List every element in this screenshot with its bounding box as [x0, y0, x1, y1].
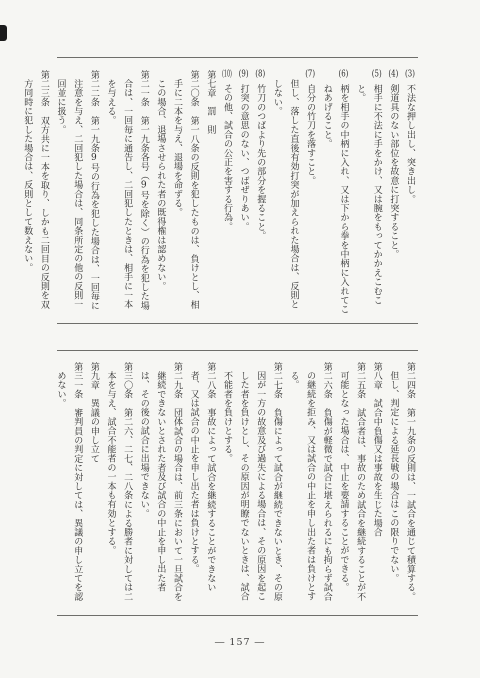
- rule-list-item: (9)打突の意思のない、つばぜりあい。: [235, 70, 252, 318]
- rule-list-item: (6)柄を相手の中柄に入れ、又は下から拳を中柄に入れてこねあげること。: [318, 70, 351, 318]
- paragraph-text: 第二一条 第一九条各号（9号を除く）の行為を犯した場合は、一回毎に通告し、二回犯…: [105, 70, 148, 310]
- chapter-heading: 第七章 罰 則: [202, 70, 219, 318]
- paragraph-text: 不法な押し出し、突き出し。: [405, 84, 415, 204]
- rule-list-item: (10)その他、試合の公正を害する行為。: [218, 70, 235, 318]
- rule-list-item: (5)相手に不法に手をかけ、又は腕をもってかかえこむこと。: [351, 70, 384, 318]
- paragraph-text: 第二八条 事故によって試合を継続することができない者、又は試合の中止を申し出た者…: [189, 362, 216, 592]
- note-paragraph: 但し、落した直後有効打突が加えられた場合は、反則としない。: [268, 70, 301, 318]
- paragraph-text: 但し、落した直後有効打突が加えられた場合は、反則としない。: [272, 79, 299, 309]
- paragraph-text: 第七章 罰 則: [205, 70, 215, 134]
- scan-artifact: [0, 25, 7, 41]
- article-paragraph: 第二三条 双方共に一本を取り、しかも二回目の反則を双方同時に犯した場合は、反則と…: [19, 70, 52, 318]
- article-paragraph: 第三〇条 第二六、二七、二八条による勝者に対しては二本を与え、試合不能者の一本も…: [102, 362, 135, 610]
- paragraph-text: 柄を相手の中柄に入れ、又は下から拳を中柄に入れてこねあげること。: [322, 84, 349, 314]
- item-number: (4): [388, 70, 398, 79]
- rule-list-item: (3)不法な押し出し、突き出し。: [401, 70, 418, 318]
- paragraph-text: 第二五条 試合者は、事故のため試合を継続することが不可能となった場合は、中止を要…: [338, 362, 365, 601]
- item-number: (7): [305, 70, 315, 79]
- rule-list-item: (4)剣道具のない部位を故意に打突すること。: [385, 70, 402, 318]
- article-paragraph: 第二五条 試合者は、事故のため試合を継続することが不可能となった場合は、中止を要…: [335, 362, 368, 610]
- paragraph-text: 第九章 異議の申し立て: [89, 362, 99, 463]
- paragraph-text: 自分の竹刀を落すこと。: [305, 84, 315, 185]
- paragraph-text: 剣道具のない部位を故意に打突すること。: [388, 84, 398, 259]
- footer-page-number: ― 157 ―: [0, 637, 480, 648]
- article-paragraph: 第二七条 負傷によって試合が継続できないとき、その原因が一方の故意及び過失による…: [218, 362, 285, 610]
- paragraph-text: 打突の意思のない、つばぜりあい。: [239, 84, 249, 231]
- item-number: (8): [255, 70, 265, 79]
- article-paragraph: 第二四条 第一九条の反則は、一試合を通じて積算する。但し、判定による延長戦の場合…: [385, 362, 418, 610]
- paragraph-text: その他、試合の公正を害する行為。: [222, 84, 232, 231]
- paragraph-text: 相手に不法に手をかけ、又は腕をもってかかえこむこと。: [355, 84, 382, 305]
- article-paragraph: 第二六条 負傷が軽微で試合に堪えられるにも拘らず試合の継続を拒み、又は試合の中止…: [285, 362, 335, 610]
- frame-rule-bottom: [57, 615, 418, 616]
- paragraph-text: 第二三条 双方共に一本を取り、しかも二回目の反則を双方同時に犯した場合は、反則と…: [22, 70, 49, 309]
- paragraph-text: 第二〇条 第一八条の反則を犯したものは、負けとし、相手に二本を与え、退場を命ずる…: [172, 70, 199, 309]
- article-paragraph: 第二一条 第一九条各号（9号を除く）の行為を犯した場合は、一回毎に通告し、二回犯…: [102, 70, 152, 318]
- paragraph-text: 第八章 試合中負傷又は事故を生じた場合: [372, 362, 382, 537]
- chapter-heading: 第九章 異議の申し立て: [85, 362, 102, 610]
- item-number: (3): [405, 70, 415, 79]
- paragraph-text: 第二九条 団体試合の場合は、前三条において一旦試合を継続できないとされた者及び試…: [139, 362, 182, 601]
- paragraph-text: この場合、退場させられた者の既得権は認めない。: [155, 79, 165, 291]
- article-paragraph: 第二九条 団体試合の場合は、前三条において一旦試合を継続できないとされた者及び試…: [135, 362, 185, 610]
- paragraph-text: 第二二条 第一九条9号の行為を犯した場合は、一回毎に注意を与え、二回犯した場合は…: [56, 70, 99, 310]
- note-paragraph: この場合、退場させられた者の既得権は認めない。: [152, 70, 169, 318]
- paragraph-text: 第二四条 第一九条の反則は、一試合を通じて積算する。但し、判定による延長戦の場合…: [388, 362, 415, 601]
- frame-rule-upper-bottom: [57, 323, 418, 324]
- frame-rule-top: [57, 57, 418, 58]
- article-paragraph: 第二二条 第一九条9号の行為を犯した場合は、一回毎に注意を与え、二回犯した場合は…: [52, 70, 102, 318]
- item-number: (9): [239, 70, 249, 79]
- article-paragraph: 第二〇条 第一八条の反則を犯したものは、負けとし、相手に二本を与え、退場を命ずる…: [168, 70, 201, 318]
- paragraph-text: 第三一条 審判員の判定に対しては、異議の申し立てを認めない。: [56, 362, 83, 601]
- upper-text-block: (3)不法な押し出し、突き出し。(4)剣道具のない部位を故意に打突すること。(5…: [56, 70, 418, 318]
- item-number: (6): [338, 70, 348, 79]
- lower-text-block: 第二四条 第一九条の反則は、一試合を通じて積算する。但し、判定による延長戦の場合…: [56, 362, 418, 610]
- frame-rule-lower-top: [57, 350, 418, 351]
- paragraph-text: 第二六条 負傷が軽微で試合に堪えられるにも拘らず試合の継続を拒み、又は試合の中止…: [289, 362, 332, 601]
- rule-list-item: (7)自分の竹刀を落すこと。: [302, 70, 319, 318]
- paragraph-text: 竹刀のつばより先の部分を握ること。: [255, 84, 265, 240]
- item-number: (5): [372, 70, 382, 79]
- paragraph-text: 第二七条 負傷によって試合が継続できないとき、その原因が一方の故意及び過失による…: [222, 362, 282, 601]
- scanned-document-page: (3)不法な押し出し、突き出し。(4)剣道具のない部位を故意に打突すること。(5…: [0, 0, 480, 678]
- rule-list-item: (8)竹刀のつばより先の部分を握ること。: [252, 70, 269, 318]
- paragraph-text: 第三〇条 第二六、二七、二八条による勝者に対しては二本を与え、試合不能者の一本も…: [105, 362, 132, 601]
- article-paragraph: 第二八条 事故によって試合を継続することができない者、又は試合の中止を申し出た者…: [185, 362, 218, 610]
- chapter-heading: 第八章 試合中負傷又は事故を生じた場合: [368, 362, 385, 610]
- article-paragraph: 第三一条 審判員の判定に対しては、異議の申し立てを認めない。: [52, 362, 85, 610]
- item-number: (10): [222, 70, 232, 79]
